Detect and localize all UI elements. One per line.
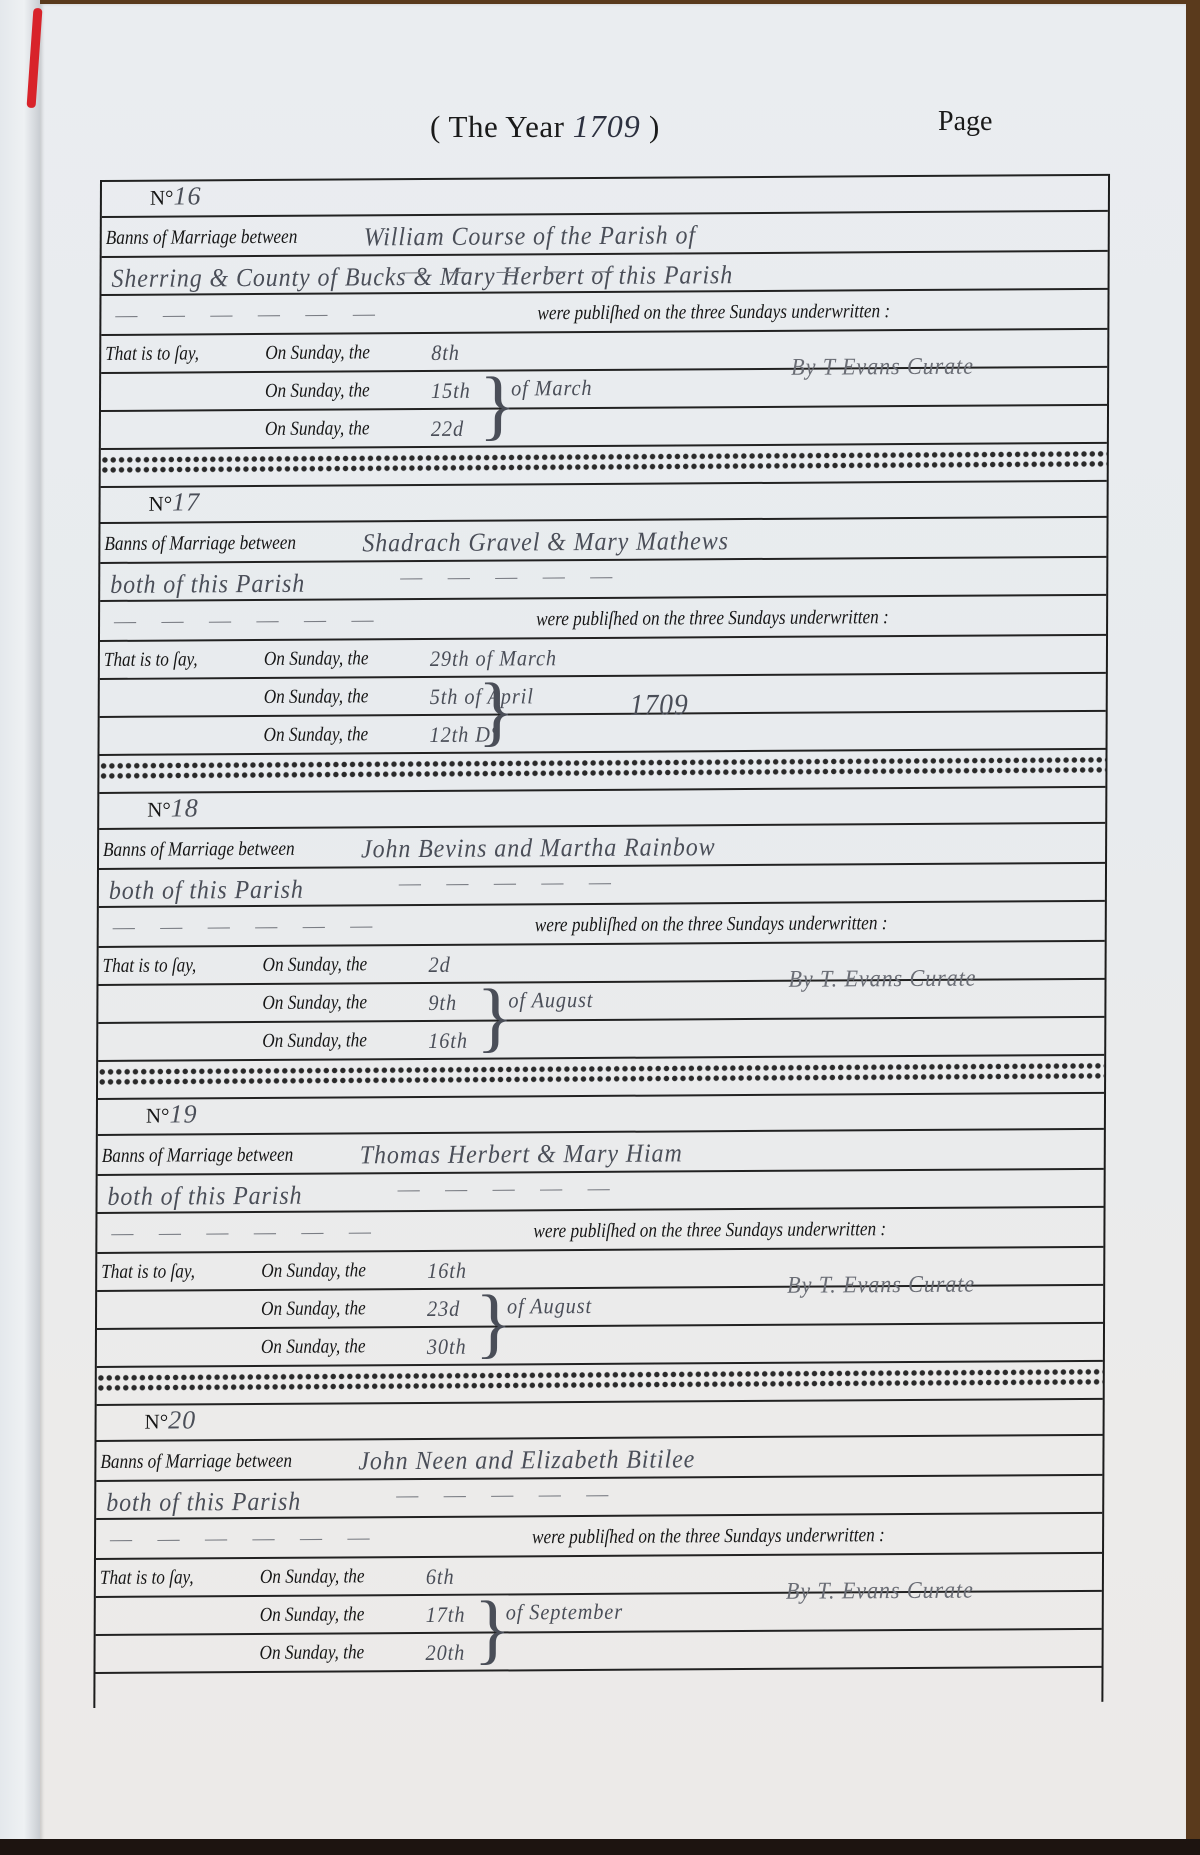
banns-entry-18: N°18 Banns of Marriage between John Bevi…	[98, 786, 1105, 1098]
that-is-label: That is to ſay,	[101, 1260, 195, 1284]
names-line-1: John Neen and Elizabeth Bitilee	[358, 1444, 695, 1476]
sunday-row-3: On Sunday, the 12th D°	[99, 712, 1105, 756]
filler-dashes: — — — — — —	[110, 1524, 380, 1552]
sunday-row-1: That is to ſay, On Sunday, the 8th By T …	[101, 330, 1107, 374]
that-is-label: That is to ſay,	[104, 648, 198, 672]
names-continuation-row: both of this Parish — — — — —	[96, 1476, 1102, 1520]
banns-entry-16: N°16 Banns of Marriage between William C…	[101, 174, 1108, 486]
published-row: — — — — — — were publiſhed on the three …	[100, 596, 1106, 642]
entry-number-label: N°16	[150, 181, 202, 211]
on-sunday-label: On Sunday, the	[260, 1603, 365, 1627]
names-line-1: Thomas Herbert & Mary Hiam	[360, 1138, 683, 1170]
names-line-2: both of this Parish	[109, 875, 304, 906]
published-row: — — — — — — were publiſhed on the three …	[97, 1208, 1103, 1254]
date-brace: }	[475, 1283, 513, 1361]
filler-dashes: — — — — —	[402, 257, 624, 284]
names-continuation-row: both of this Parish — — — — —	[99, 864, 1105, 908]
names-line-2: both of this Parish	[106, 1487, 301, 1518]
published-label: were publiſhed on the three Sundays unde…	[536, 606, 889, 631]
sunday-date-3: 22d	[431, 416, 464, 442]
sunday-row-3: On Sunday, the 20th	[95, 1630, 1101, 1674]
on-sunday-label: On Sunday, the	[262, 1029, 367, 1053]
date-brace: }	[478, 671, 516, 749]
published-label: were publiſhed on the three Sundays unde…	[532, 1524, 885, 1549]
that-is-label: That is to ſay,	[105, 342, 199, 366]
date-brace: }	[474, 1589, 512, 1667]
page-title: ( The Year 1709 )	[430, 108, 660, 145]
banns-entry-20: N°20 Banns of Marriage between John Neen…	[95, 1398, 1102, 1710]
title-prefix: ( The Year	[430, 109, 564, 144]
entry-number-label: N°19	[146, 1099, 198, 1129]
names-continuation-row: both of this Parish — — — — —	[100, 558, 1106, 602]
month-note: of March	[511, 375, 592, 401]
on-sunday-label: On Sunday, the	[261, 1335, 366, 1359]
names-line-2: both of this Parish	[110, 569, 305, 600]
sunday-row-2: On Sunday, the 15th of March	[101, 368, 1107, 412]
on-sunday-label: On Sunday, the	[264, 647, 369, 671]
title-suffix: )	[649, 109, 660, 144]
banns-entry-19: N°19 Banns of Marriage between Thomas He…	[97, 1092, 1104, 1404]
names-line-1: Shadrach Gravel & Mary Mathews	[362, 526, 729, 558]
sunday-row-2: On Sunday, the 5th of April 1709	[100, 674, 1106, 718]
sunday-date-1: 8th	[431, 340, 460, 366]
on-sunday-label: On Sunday, the	[261, 1297, 366, 1321]
banns-row: Banns of Marriage between William Course…	[102, 212, 1108, 258]
on-sunday-label: On Sunday, the	[264, 685, 369, 709]
background-surface	[0, 1839, 1200, 1855]
date-brace: }	[476, 977, 514, 1055]
date-brace: }	[479, 365, 517, 443]
names-line-1: John Bevins and Martha Rainbow	[361, 832, 716, 864]
filler-dashes: — — — — —	[399, 869, 621, 896]
page-label: Page	[938, 106, 992, 138]
published-row: — — — — — — were publiſhed on the three …	[96, 1514, 1102, 1560]
on-sunday-label: On Sunday, the	[262, 991, 367, 1015]
on-sunday-label: On Sunday, the	[264, 723, 369, 747]
decorative-separator	[98, 1056, 1104, 1084]
entry-number-row: N°19	[98, 1092, 1104, 1136]
sunday-date-3: 20th	[426, 1640, 466, 1666]
sunday-date-1: 6th	[426, 1564, 455, 1590]
filler-dashes: — — — — —	[398, 1175, 620, 1202]
banns-label: Banns of Marriage between	[102, 1144, 294, 1168]
published-row: — — — — — — were publiſhed on the three …	[101, 290, 1107, 336]
entry-number-row: N°20	[96, 1398, 1102, 1442]
sunday-row-2: On Sunday, the 17th of September	[96, 1592, 1102, 1636]
sunday-date-1: 2d	[429, 952, 451, 978]
filler-dashes: — — — — —	[400, 563, 622, 590]
banns-row: Banns of Marriage between John Bevins an…	[99, 824, 1105, 870]
on-sunday-label: On Sunday, the	[265, 417, 370, 441]
sunday-row-1: That is to ſay, On Sunday, the 2d By T. …	[98, 942, 1104, 986]
sunday-date-1: 16th	[427, 1258, 467, 1284]
filler-dashes: — — — — — —	[115, 300, 385, 328]
entry-number-label: N°17	[149, 487, 201, 517]
banns-row: Banns of Marriage between Thomas Herbert…	[98, 1130, 1104, 1176]
names-line-2: both of this Parish	[107, 1181, 302, 1212]
entry-number-row: N°18	[99, 786, 1105, 830]
published-row: — — — — — — were publiſhed on the three …	[99, 902, 1105, 948]
on-sunday-label: On Sunday, the	[261, 1259, 366, 1283]
on-sunday-label: On Sunday, the	[263, 953, 368, 977]
entry-number-label: N°18	[147, 793, 199, 823]
filler-dashes: — — — — — —	[111, 1218, 381, 1246]
banns-label: Banns of Marriage between	[106, 226, 298, 250]
filler-dashes: — — — — —	[396, 1481, 618, 1508]
sunday-row-1: That is to ſay, On Sunday, the 6th By T.…	[96, 1554, 1102, 1598]
sunday-row-3: On Sunday, the 30th	[97, 1324, 1103, 1368]
handwritten-year: 1709	[573, 108, 641, 144]
month-note: of August	[508, 987, 593, 1014]
banns-label: Banns of Marriage between	[104, 532, 296, 556]
names-line-1: William Course of the Parish of	[364, 220, 696, 252]
sunday-row-2: On Sunday, the 9th of August	[98, 980, 1104, 1024]
filler-dashes: — — — — — —	[114, 606, 384, 634]
sunday-date-2: 17th	[426, 1602, 466, 1628]
on-sunday-label: On Sunday, the	[265, 341, 370, 365]
on-sunday-label: On Sunday, the	[260, 1565, 365, 1589]
that-is-label: That is to ſay,	[100, 1566, 194, 1590]
month-note: of September	[506, 1599, 623, 1626]
sunday-date-2: 23d	[427, 1296, 460, 1322]
that-is-label: That is to ſay,	[103, 954, 197, 978]
published-label: were publiſhed on the three Sundays unde…	[535, 912, 888, 937]
month-note: of August	[507, 1293, 592, 1320]
banns-row: Banns of Marriage between Shadrach Grave…	[100, 518, 1106, 564]
names-continuation-row: both of this Parish — — — — —	[97, 1170, 1103, 1214]
entry-number-label: N°20	[145, 1405, 197, 1435]
sunday-row-1: That is to ſay, On Sunday, the 16th By T…	[97, 1248, 1103, 1292]
banns-register-table: N°16 Banns of Marriage between William C…	[93, 174, 1110, 1708]
names-continuation-row: Sherring & County of Bucks & Mary Herber…	[101, 252, 1107, 296]
entry-number-row: N°16	[102, 174, 1108, 218]
sunday-row-3: On Sunday, the 22d	[101, 406, 1107, 450]
sunday-row-1: That is to ſay, On Sunday, the 29th of M…	[100, 636, 1106, 680]
banns-label: Banns of Marriage between	[103, 838, 295, 862]
sunday-row-3: On Sunday, the 16th	[98, 1018, 1104, 1062]
published-label: were publiſhed on the three Sundays unde…	[537, 300, 890, 325]
sunday-date-2: 15th	[431, 378, 471, 404]
filler-dashes: — — — — — —	[113, 912, 383, 940]
published-label: were publiſhed on the three Sundays unde…	[533, 1218, 886, 1243]
sunday-date-3: 30th	[427, 1334, 467, 1360]
banns-entry-17: N°17 Banns of Marriage between Shadrach …	[99, 480, 1106, 792]
sunday-date-3: 16th	[428, 1028, 468, 1054]
sunday-row-2: On Sunday, the 23d of August	[97, 1286, 1103, 1330]
book-gutter	[0, 0, 40, 1855]
banns-label: Banns of Marriage between	[100, 1450, 292, 1474]
banns-row: Banns of Marriage between John Neen and …	[96, 1436, 1102, 1482]
on-sunday-label: On Sunday, the	[260, 1641, 365, 1665]
entry-number-row: N°17	[100, 480, 1106, 524]
sunday-date-2: 9th	[428, 990, 457, 1016]
on-sunday-label: On Sunday, the	[265, 379, 370, 403]
